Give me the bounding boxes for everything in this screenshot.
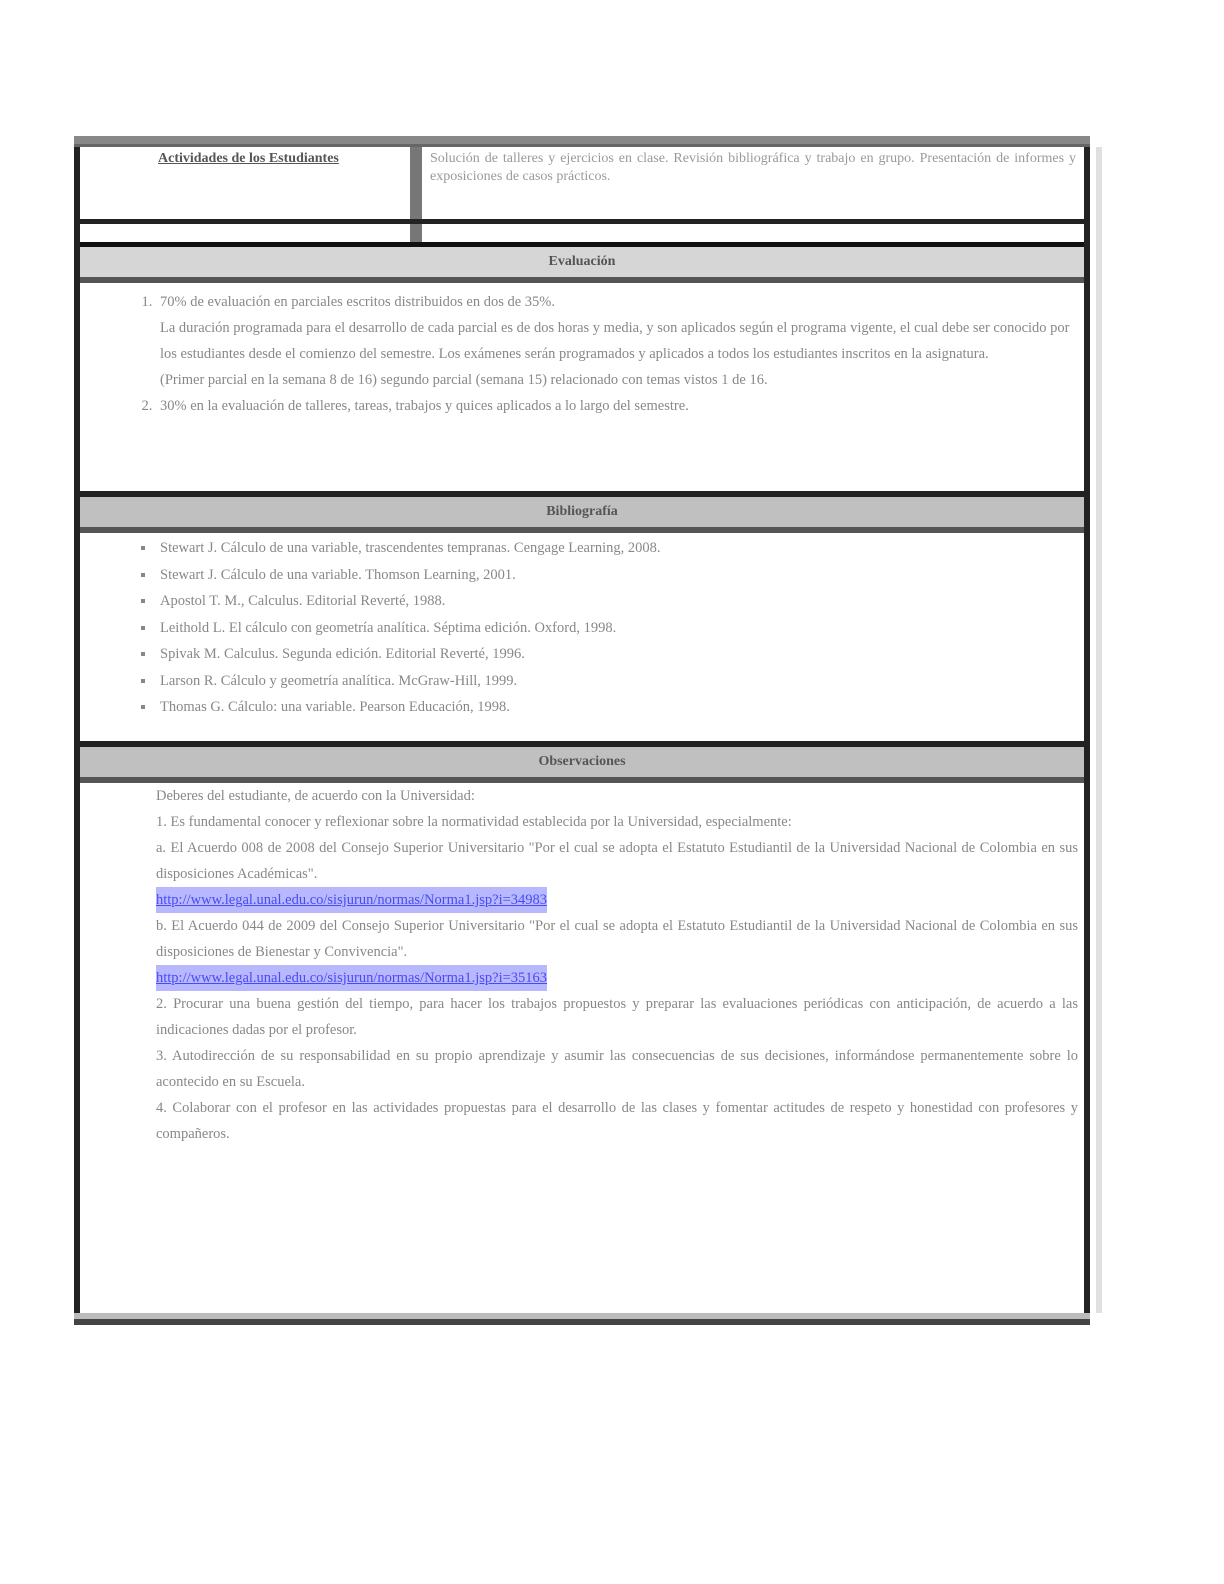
evaluation-item: 30% en la evaluación de talleres, tareas… bbox=[156, 393, 1076, 419]
evaluation-item-schedule: (Primer parcial en la semana 8 de 16) se… bbox=[160, 372, 768, 388]
top-border bbox=[74, 136, 1090, 147]
observations-point-2: 2. Procurar una buena gestión del tiempo… bbox=[156, 991, 1078, 1043]
bibliography-body: Stewart J. Cálculo de una variable, tras… bbox=[80, 533, 1084, 741]
bibliography-item: Apostol T. M., Calculus. Editorial Rever… bbox=[156, 588, 1076, 615]
observations-header: Observaciones bbox=[80, 741, 1084, 783]
syllabus-table: Actividades de los Estudiantes Solución … bbox=[74, 136, 1090, 1325]
agreement-008-link[interactable]: http://www.legal.unal.edu.co/sisjurun/no… bbox=[156, 887, 547, 913]
table-frame: Actividades de los Estudiantes Solución … bbox=[74, 147, 1090, 1313]
evaluation-item-detail: La duración programada para el desarroll… bbox=[160, 320, 1070, 362]
activities-label: Actividades de los Estudiantes bbox=[80, 147, 422, 219]
empty-cell-left bbox=[80, 224, 422, 242]
evaluation-item: 70% de evaluación en parciales escritos … bbox=[156, 289, 1076, 393]
observations-point-4: 4. Colaborar con el profesor en las acti… bbox=[156, 1095, 1078, 1147]
bibliography-item: Thomas G. Cálculo: una variable. Pearson… bbox=[156, 694, 1076, 721]
evaluation-header: Evaluación bbox=[80, 247, 1084, 283]
observations-point-a: a. El Acuerdo 008 de 2008 del Consejo Su… bbox=[156, 835, 1078, 887]
bibliography-item: Stewart J. Cálculo de una variable. Thom… bbox=[156, 562, 1076, 589]
bibliography-item: Larson R. Cálculo y geometría analítica.… bbox=[156, 668, 1076, 695]
evaluation-body: 70% de evaluación en parciales escritos … bbox=[80, 283, 1084, 491]
bibliography-item: Spivak M. Calculus. Segunda edición. Edi… bbox=[156, 641, 1076, 668]
bibliography-item: Leithold L. El cálculo con geometría ana… bbox=[156, 615, 1076, 642]
observations-body: Deberes del estudiante, de acuerdo con l… bbox=[80, 783, 1084, 1313]
bottom-border bbox=[74, 1313, 1090, 1325]
bibliography-item: Stewart J. Cálculo de una variable, tras… bbox=[156, 535, 1076, 562]
observations-point-b: b. El Acuerdo 044 de 2009 del Consejo Su… bbox=[156, 913, 1078, 965]
evaluation-item-text: 30% en la evaluación de talleres, tareas… bbox=[160, 398, 689, 414]
activities-row: Actividades de los Estudiantes Solución … bbox=[80, 147, 1084, 224]
empty-row bbox=[80, 224, 1084, 247]
observations-point-1: 1. Es fundamental conocer y reflexionar … bbox=[156, 809, 1078, 835]
observations-intro: Deberes del estudiante, de acuerdo con l… bbox=[156, 783, 1078, 809]
evaluation-list: 70% de evaluación en parciales escritos … bbox=[80, 289, 1076, 419]
agreement-044-link[interactable]: http://www.legal.unal.edu.co/sisjurun/no… bbox=[156, 965, 547, 991]
observations-point-3: 3. Autodirección de su responsabilidad e… bbox=[156, 1043, 1078, 1095]
evaluation-item-text: 70% de evaluación en parciales escritos … bbox=[160, 294, 555, 310]
bibliography-list: Stewart J. Cálculo de una variable, tras… bbox=[80, 535, 1076, 721]
activities-value: Solución de talleres y ejercicios en cla… bbox=[422, 147, 1084, 219]
bibliography-header: Bibliografía bbox=[80, 491, 1084, 533]
right-shadow bbox=[1096, 147, 1102, 1313]
